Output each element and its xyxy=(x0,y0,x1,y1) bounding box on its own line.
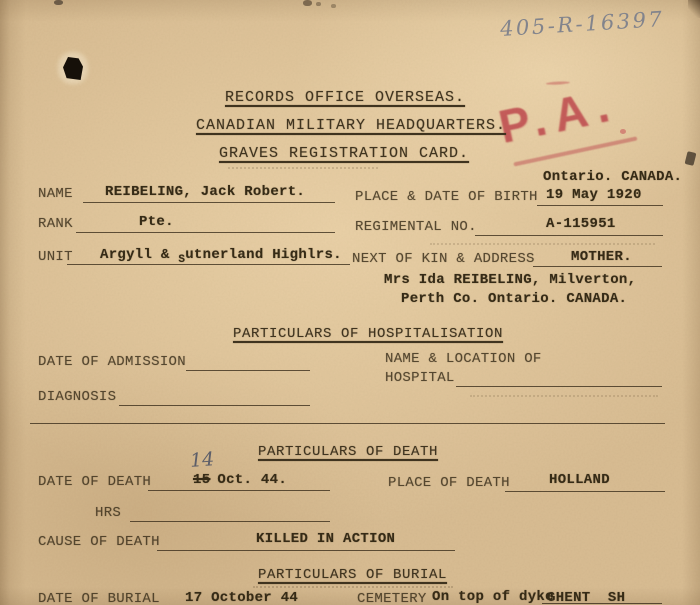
burial-date-label: DATE OF BURIAL xyxy=(38,591,160,605)
header-line-2: CANADIAN MILITARY HEADQUARTERS. xyxy=(196,117,506,134)
kin-label: NEXT OF KIN & ADDRESS xyxy=(352,251,535,267)
unit-label: UNIT xyxy=(38,249,73,265)
birth-line xyxy=(537,205,663,206)
header-dots xyxy=(228,167,378,169)
kin-line xyxy=(533,266,662,267)
death-date-correction-handwritten: 14 xyxy=(189,448,215,472)
kin-address-line-1: Mrs Ida REIBELING, Milverton, xyxy=(384,272,636,288)
name-value: REIBELING, Jack Robert. xyxy=(105,184,305,200)
corner-shadow-top-right xyxy=(688,0,700,18)
unit-value-start: Argyll & xyxy=(100,247,178,263)
rank-value: Pte. xyxy=(139,214,174,230)
birth-date-value: 19 May 1920 xyxy=(546,187,642,203)
kin-address-line-2: Perth Co. Ontario. CANADA. xyxy=(401,291,627,307)
birthplace-note: Ontario. CANADA. xyxy=(543,169,682,185)
regimental-value: A-115951 xyxy=(546,216,616,232)
burial-title: PARTICULARS OF BURIAL xyxy=(258,567,447,583)
cemetery-line xyxy=(542,603,662,604)
death-date-line xyxy=(148,490,330,491)
death-date-struck: 15 xyxy=(193,472,210,488)
regimental-label: REGIMENTAL NO. xyxy=(355,219,477,235)
pa-stamp-mark xyxy=(546,81,570,85)
separator-line xyxy=(30,423,665,424)
hospital-label-line-2: HOSPITAL xyxy=(385,370,455,386)
hospital-line xyxy=(456,386,662,387)
cause-line xyxy=(157,550,455,551)
rank-line xyxy=(76,232,335,233)
admission-line xyxy=(186,370,310,371)
birth-label: PLACE & DATE OF BIRTH xyxy=(355,189,538,205)
cemetery-label: CEMETERY xyxy=(357,591,427,605)
cause-value: KILLED IN ACTION xyxy=(256,531,395,547)
graves-registration-card: 405-R-16397 P.A. RECORDS OFFICE OVERSEAS… xyxy=(0,0,700,605)
paper-speck-1 xyxy=(54,0,63,5)
pa-stamp: P.A. xyxy=(490,66,669,184)
unit-value: Argyll & Sutnerland Highlrs. xyxy=(100,247,342,263)
death-date-label: DATE OF DEATH xyxy=(38,474,151,490)
diagnosis-line xyxy=(119,405,310,406)
header-line-3: GRAVES REGISTRATION CARD. xyxy=(219,145,469,162)
death-title: PARTICULARS OF DEATH xyxy=(258,444,438,460)
death-place-value: HOLLAND xyxy=(549,472,610,488)
death-date-value: Oct. 44. xyxy=(217,472,287,488)
paper-speck-2 xyxy=(303,0,312,6)
paper-speck-3 xyxy=(316,2,321,6)
cemetery-value: On top of dyke xyxy=(432,589,554,605)
edge-mark-right xyxy=(685,151,697,166)
kin-value: MOTHER. xyxy=(571,249,632,265)
unit-line xyxy=(67,264,350,265)
hours-line xyxy=(130,521,330,522)
hospitalisation-title: PARTICULARS OF HOSPITALISATION xyxy=(233,326,503,342)
admission-label: DATE OF ADMISSION xyxy=(38,354,186,370)
regimental-dots xyxy=(430,243,655,245)
diagnosis-label: DIAGNOSIS xyxy=(38,389,116,405)
name-label: NAME xyxy=(38,186,73,202)
header-line-1: RECORDS OFFICE OVERSEAS. xyxy=(225,89,465,106)
paper-speck-4 xyxy=(331,4,336,8)
burial-date-value: 17 October 44 xyxy=(185,590,298,605)
name-line xyxy=(83,202,335,203)
death-date-entry: 15Oct. 44. xyxy=(193,472,287,488)
hospital-dots xyxy=(470,395,658,397)
burial-title-dots xyxy=(253,586,453,588)
cause-label: CAUSE OF DEATH xyxy=(38,534,160,550)
death-place-label: PLACE OF DEATH xyxy=(388,475,510,491)
reference-number-handwritten: 405-R-16397 xyxy=(499,7,665,41)
hospital-label-line-1: NAME & LOCATION OF xyxy=(385,351,542,367)
rank-label: RANK xyxy=(38,216,73,232)
regimental-line xyxy=(475,235,663,236)
death-place-line xyxy=(505,491,665,492)
hours-label: HRS xyxy=(95,505,121,521)
unit-value-end: utnerland Highlrs. xyxy=(185,247,342,263)
